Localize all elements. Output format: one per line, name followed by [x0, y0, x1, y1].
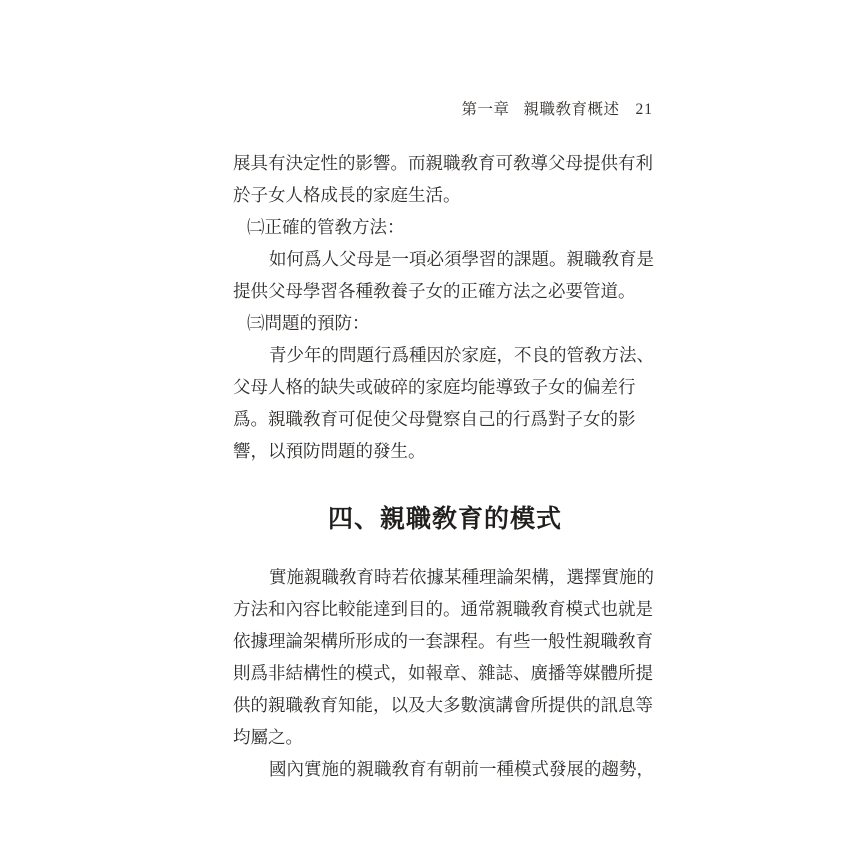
text-line: 實施親職敎育時若依據某種理論架構，選擇實施的 [233, 561, 657, 593]
text-line: 則爲非結構性的模式，如報章、雜誌、廣播等媒體所提 [233, 657, 657, 689]
text-line: 供的親職敎育知能，以及大多數演講會所提供的訊息等 [233, 689, 657, 721]
text-line: 於子女人格成長的家庭生活。 [233, 179, 657, 211]
text-line: 如何爲人父母是一項必須學習的課題。親職敎育是 [233, 243, 657, 275]
chapter-title: 親職敎育概述 [523, 101, 619, 118]
text-line: 提供父母學習各種敎養子女的正確方法之必要管道。 [233, 275, 657, 307]
text-line: 爲。親職敎育可促使父母覺察自己的行爲對子女的影 [233, 403, 657, 435]
text-line: 均屬之。 [233, 721, 657, 753]
body-text-block: 展具有決定性的影響。而親職敎育可敎導父母提供有利 於子女人格成長的家庭生活。 ㈡… [233, 147, 657, 785]
page-number: 21 [636, 101, 654, 118]
list-item-heading: ㈡正確的管敎方法： [233, 211, 657, 243]
text-line: 父母人格的缺失或破碎的家庭均能導致子女的偏差行 [233, 371, 657, 403]
section-heading: 四、親職敎育的模式 [233, 499, 657, 539]
text-line: 國內實施的親職敎育有朝前一種模式發展的趨勢， [233, 753, 657, 785]
text-line: 展具有決定性的影響。而親職敎育可敎導父母提供有利 [233, 147, 657, 179]
book-page: 第一章親職敎育概述21 展具有決定性的影響。而親職敎育可敎導父母提供有利 於子女… [0, 0, 850, 850]
text-line: 方法和內容比較能達到目的。通常親職敎育模式也就是 [233, 593, 657, 625]
running-header: 第一章親職敎育概述21 [461, 100, 653, 120]
list-item-heading: ㈢問題的預防： [233, 307, 657, 339]
text-line: 響，以預防問題的發生。 [233, 435, 657, 467]
text-line: 青少年的問題行爲種因於家庭，不良的管敎方法、 [233, 339, 657, 371]
chapter-label: 第一章 [461, 101, 509, 118]
text-line: 依據理論架構所形成的一套課程。有些一般性親職敎育 [233, 625, 657, 657]
